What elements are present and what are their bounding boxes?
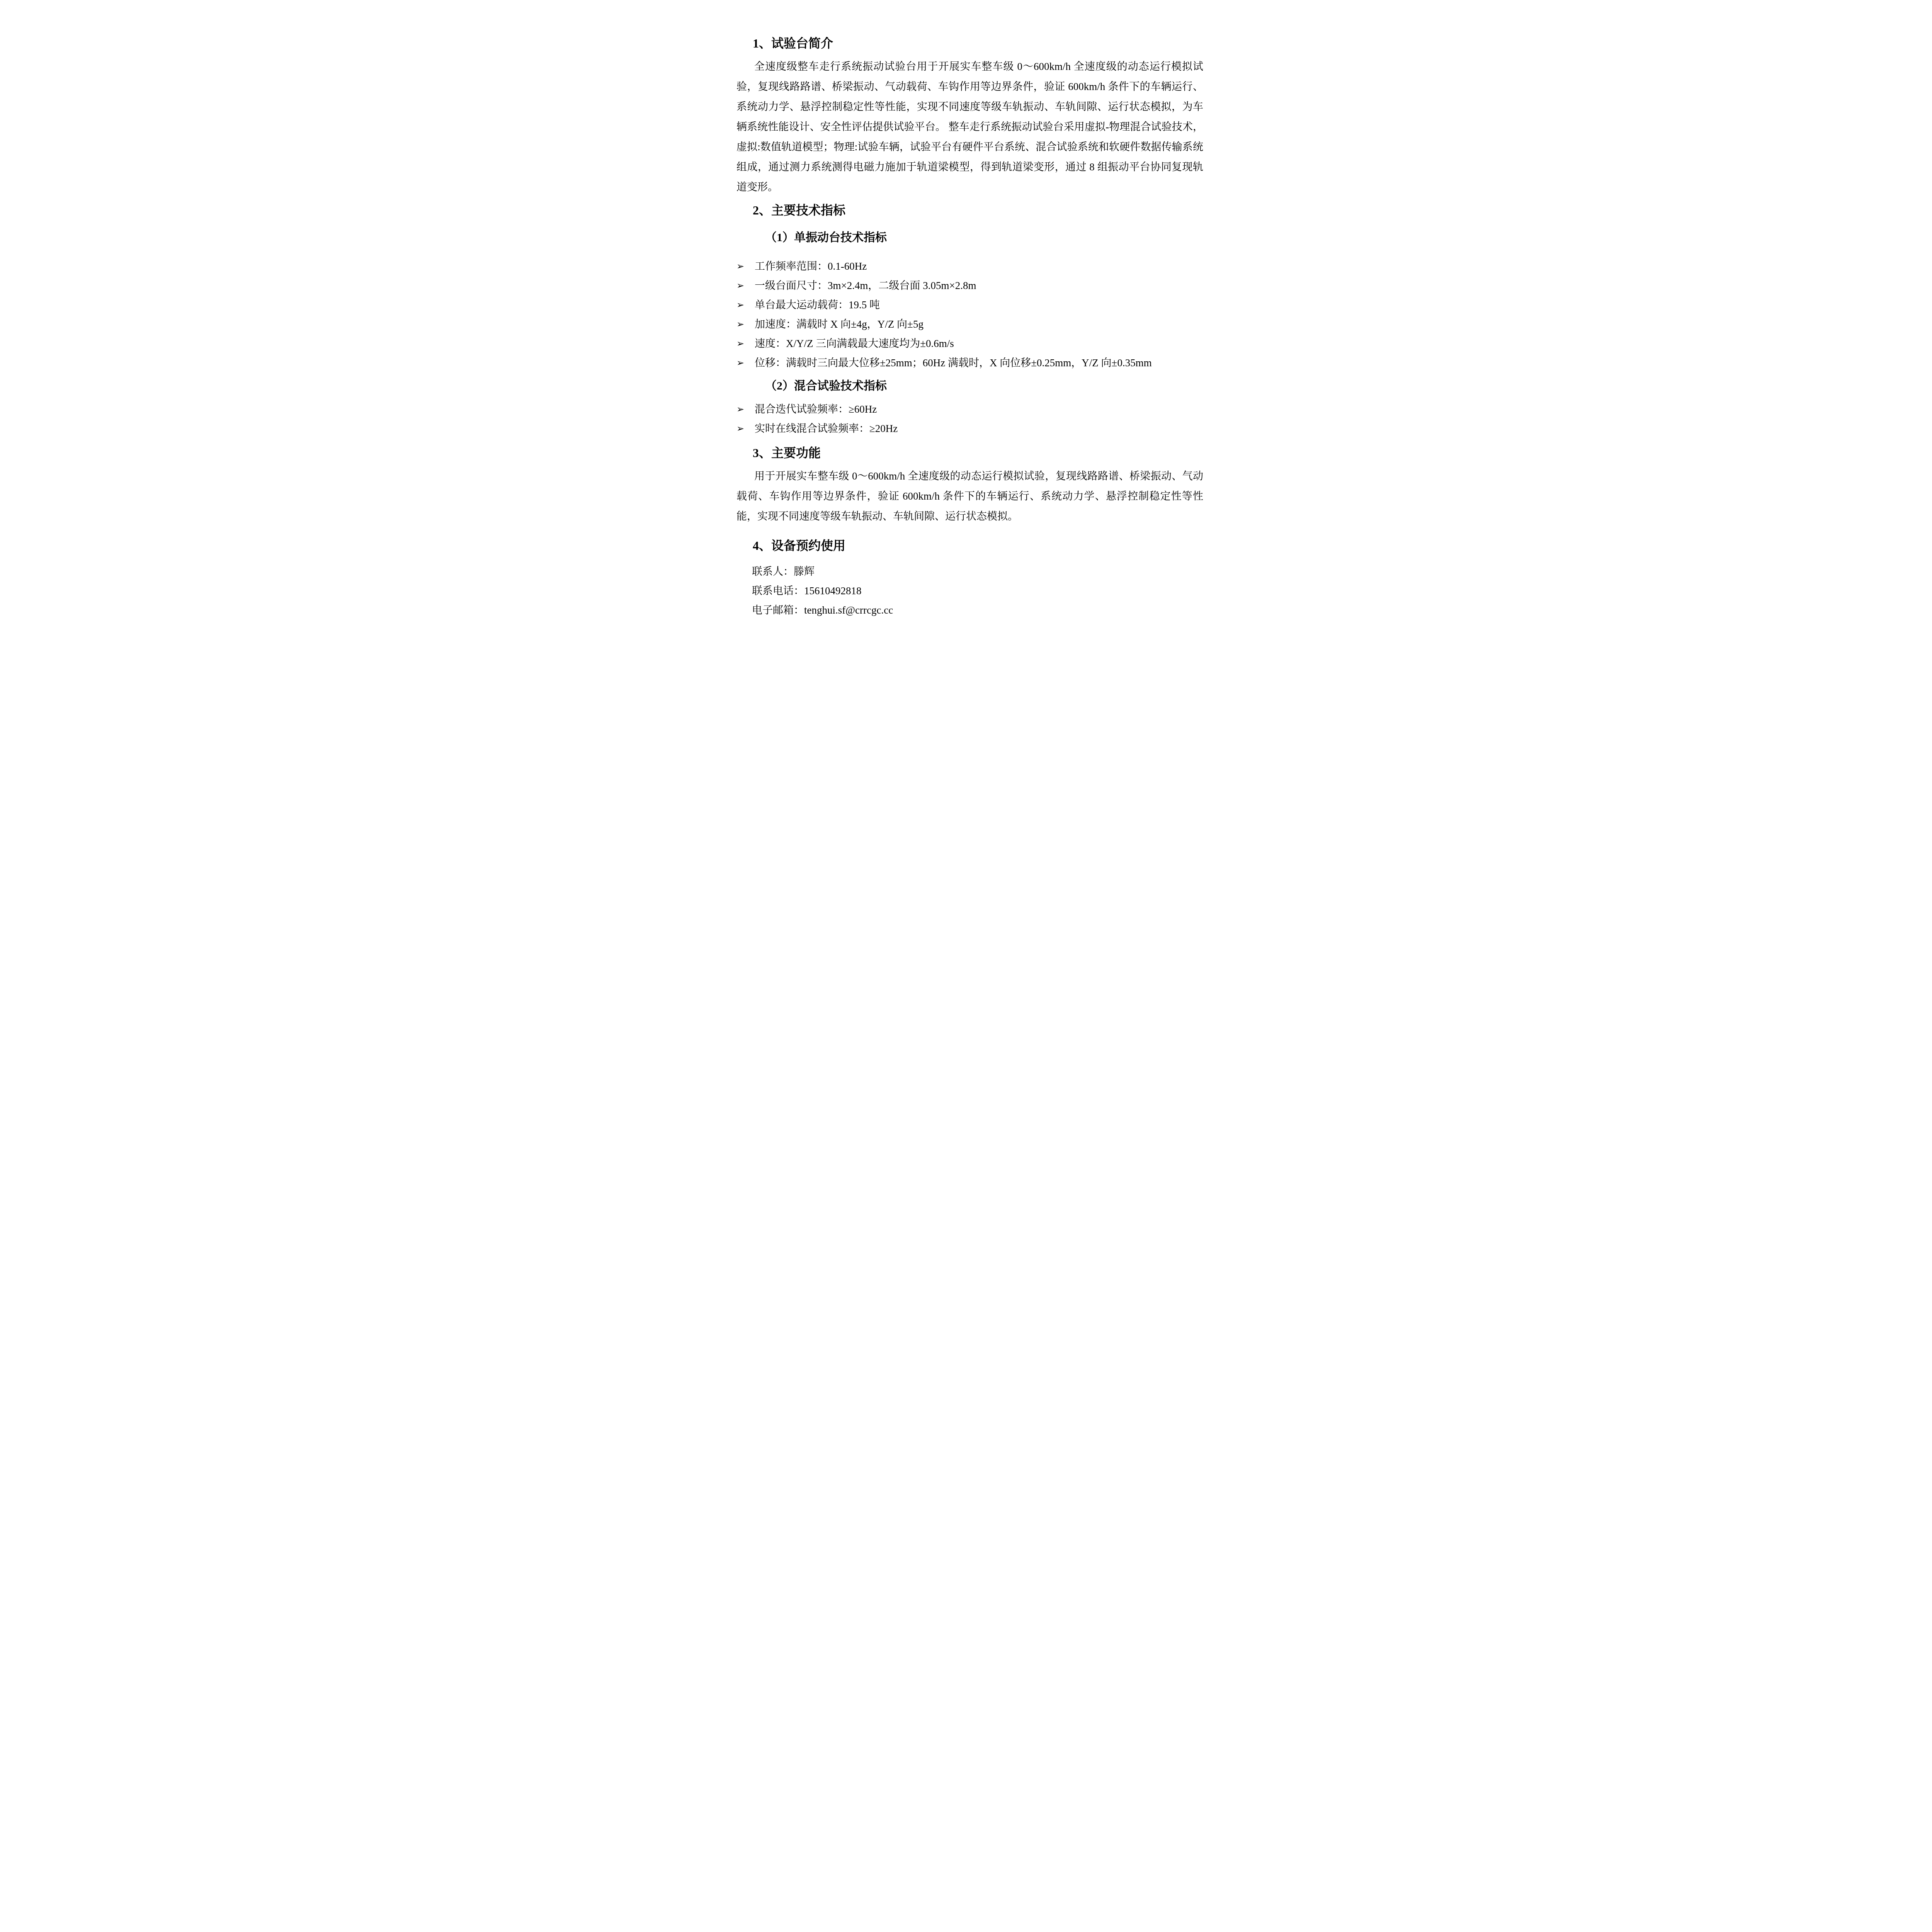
bullet-arrow-icon: ➢ <box>736 277 744 294</box>
bullet-arrow-icon: ➢ <box>736 297 744 313</box>
spec-item-text: 实时在线混合试验频率：≥20Hz <box>755 423 898 434</box>
functions-paragraph: 用于开展实车整车级 0～600km/h 全速度级的动态运行模拟试验，复现线路路谱… <box>736 466 1203 526</box>
list-item: ➢ 实时在线混合试验频率：≥20Hz <box>736 420 1203 437</box>
intro-paragraph: 全速度级整车走行系统振动试验台用于开展实车整车级 0～600km/h 全速度级的… <box>736 56 1203 197</box>
contact-name-line: 联系人：滕辉 <box>752 563 1203 580</box>
single-table-spec-list: ➢ 工作频率范围：0.1-60Hz ➢ 一级台面尺寸：3m×2.4m，二级台面 … <box>736 258 1203 371</box>
list-item: ➢ 速度：X/Y/Z 三向满载最大速度均为±0.6m/s <box>736 335 1203 352</box>
bullet-arrow-icon: ➢ <box>736 258 744 274</box>
contact-email-line: 电子邮箱：tenghui.sf@crrcgc.cc <box>752 602 1203 618</box>
spec-item-text: 加速度：满载时 X 向±4g，Y/Z 向±5g <box>755 318 923 330</box>
section-3-heading: 3、主要功能 <box>753 444 1203 461</box>
bullet-arrow-icon: ➢ <box>736 335 744 352</box>
list-item: ➢ 工作频率范围：0.1-60Hz <box>736 258 1203 274</box>
contact-block: 联系人：滕辉 联系电话：15610492818 电子邮箱：tenghui.sf@… <box>736 563 1203 618</box>
list-item: ➢ 加速度：满载时 X 向±4g，Y/Z 向±5g <box>736 316 1203 332</box>
spec-item-text: 混合迭代试验频率：≥60Hz <box>755 403 877 415</box>
bullet-arrow-icon: ➢ <box>736 420 744 437</box>
spec-item-text: 速度：X/Y/Z 三向满载最大速度均为±0.6m/s <box>755 338 954 349</box>
spec-item-text: 一级台面尺寸：3m×2.4m，二级台面 3.05m×2.8m <box>755 280 976 291</box>
list-item: ➢ 单台最大运动载荷：19.5 吨 <box>736 297 1203 313</box>
hybrid-test-spec-list: ➢ 混合迭代试验频率：≥60Hz ➢ 实时在线混合试验频率：≥20Hz <box>736 401 1203 437</box>
bullet-arrow-icon: ➢ <box>736 401 744 417</box>
list-item: ➢ 位移：满载时三向最大位移±25mm；60Hz 满载时，X 向位移±0.25m… <box>736 355 1203 371</box>
bullet-arrow-icon: ➢ <box>736 316 744 332</box>
list-item: ➢ 一级台面尺寸：3m×2.4m，二级台面 3.05m×2.8m <box>736 277 1203 294</box>
document-page: 1、试验台简介 全速度级整车走行系统振动试验台用于开展实车整车级 0～600km… <box>714 0 1218 664</box>
subsection-2-heading: （2）混合试验技术指标 <box>765 378 1203 394</box>
subsection-1-heading: （1）单振动台技术指标 <box>765 230 1203 246</box>
bullet-arrow-icon: ➢ <box>736 355 744 371</box>
section-4-heading: 4、设备预约使用 <box>753 537 1203 554</box>
list-item: ➢ 混合迭代试验频率：≥60Hz <box>736 401 1203 417</box>
section-2-heading: 2、主要技术指标 <box>753 202 1203 219</box>
contact-phone-line: 联系电话：15610492818 <box>752 583 1203 599</box>
spec-item-text: 单台最大运动载荷：19.5 吨 <box>755 299 880 311</box>
spec-item-text: 工作频率范围：0.1-60Hz <box>755 260 867 272</box>
spec-item-text: 位移：满载时三向最大位移±25mm；60Hz 满载时，X 向位移±0.25mm，… <box>755 357 1152 369</box>
section-1-heading: 1、试验台简介 <box>753 35 1203 52</box>
